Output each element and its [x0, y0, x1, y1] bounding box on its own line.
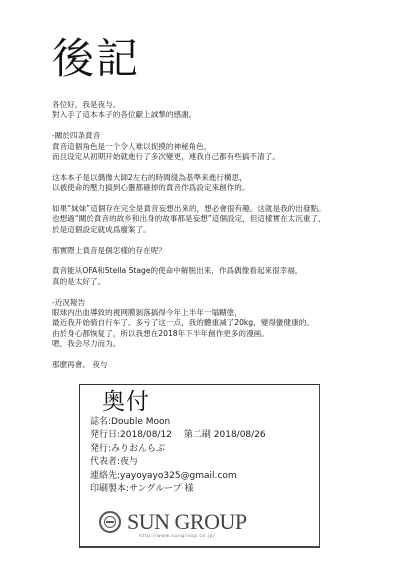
- text-line: 那麽再會。 夜与: [52, 360, 392, 370]
- text-line: 嗯，我会尽力而为。: [52, 339, 392, 349]
- paragraph-ofa: 賁音能从OFA和Stella Stage的使命中解脱出来，作爲偶像看起來很幸福，…: [52, 266, 392, 287]
- publisher: 発行:みりおんらぶ: [90, 443, 266, 456]
- colophon-box: 奥付 誌名:Double Moon 発行日:2018/08/12第二刷 2018…: [79, 384, 320, 548]
- publish-date: 発行日:2018/08/12: [90, 430, 172, 440]
- sun-group-logo: SUN GROUP http://www.sungroup.co.jp/: [99, 509, 279, 541]
- text-line: 而且设定从初期开始就進行了多次變更，連我自己都有些搞不清了。: [52, 152, 392, 162]
- text-line: 以被使命的壓力搞到心靈都確掉的賁音作爲設定來創作的。: [52, 183, 392, 193]
- representative: 代表者:夜与: [90, 456, 266, 469]
- text-line: 賁音這個角色是一个令人难以捉摸的神秘角色，: [52, 142, 392, 152]
- paragraph-question: 那實際上賁音是個怎樣的存在呢？: [52, 246, 392, 256]
- text-line: 那實際上賁音是個怎樣的存在呢？: [52, 246, 392, 256]
- colophon-details: 誌名:Double Moon 発行日:2018/08/12第二刷 2018/08…: [90, 416, 266, 496]
- printer: 印刷製本:サングループ 様: [90, 483, 266, 496]
- book-name: 誌名:Double Moon: [90, 416, 266, 429]
- publish-dates: 発行日:2018/08/12第二刷 2018/08/26: [90, 429, 266, 442]
- text-line: 於是這個設定就成爲廢案了。: [52, 225, 392, 235]
- text-line: 眼球内出血導致的視网膜剝落搞得今年上半年一塌糊塗，: [52, 308, 392, 318]
- text-line: 最近我开始骑自行车了。多亏了这一点，我的體重减了20kg，變得蠻健康的。: [52, 318, 392, 328]
- text-line: 賁音能从OFA和Stella Stage的使命中解脱出来，作爲偶像看起來很幸福，: [52, 266, 392, 276]
- text-line: 各位好，我是夜与。: [52, 100, 392, 110]
- logo-url: http://www.sungroup.co.jp/: [139, 534, 215, 539]
- section-heading: -近況報告: [52, 298, 392, 308]
- text-line: 也想過“關於賁音的故乡和出身的故事都是妄想”這個設定，但這樣實在太沉重了，: [52, 214, 392, 224]
- paragraph-concept: 这本本子是以偶像大師2左右的時間綫為基準来進行構思， 以被使命的壓力搞到心靈都確…: [52, 173, 392, 194]
- text-line: 對入手了這本本子的各位獻上誠摯的感謝。: [52, 110, 392, 120]
- second-print-date: 第二刷 2018/08/26: [184, 430, 266, 440]
- paragraph-status-report: -近況報告 眼球内出血導致的視网膜剝落搞得今年上半年一塌糊塗， 最近我开始骑自行…: [52, 298, 392, 350]
- contact-email: 連絡先:yayoyayo325@gmail.com: [90, 470, 266, 483]
- paragraph-sister: 如果“妹妹”這個存在完全是賁音妄想出來的，想必會很有趣。这就是我的出發點。 也想…: [52, 204, 392, 235]
- afterword-body: 各位好，我是夜与。 對入手了這本本子的各位獻上誠摯的感謝。 -關於四条賁音 賁音…: [52, 100, 392, 381]
- text-line: 这本本子是以偶像大師2左右的時間綫為基準来進行構思，: [52, 173, 392, 183]
- paragraph-about-takane: -關於四条賁音 賁音這個角色是一个令人难以捉摸的神秘角色， 而且设定从初期开始就…: [52, 131, 392, 162]
- section-heading: -關於四条賁音: [52, 131, 392, 141]
- text-line: 如果“妹妹”這個存在完全是賁音妄想出來的，想必會很有趣。这就是我的出發點。: [52, 204, 392, 214]
- logo-text: SUN GROUP: [127, 509, 247, 535]
- colophon-title: 奥付: [102, 389, 150, 415]
- sun-group-mark-icon: [99, 511, 121, 533]
- paragraph-farewell: 那麽再會。 夜与: [52, 360, 392, 370]
- paragraph-greeting: 各位好，我是夜与。 對入手了這本本子的各位獻上誠摯的感謝。: [52, 100, 392, 121]
- page-title: 後記: [52, 36, 140, 82]
- text-line: 由於身心都恢复了，所以我想在2018年下半年創作更多的漫画。: [52, 329, 392, 339]
- text-line: 真的是太好了。: [52, 277, 392, 287]
